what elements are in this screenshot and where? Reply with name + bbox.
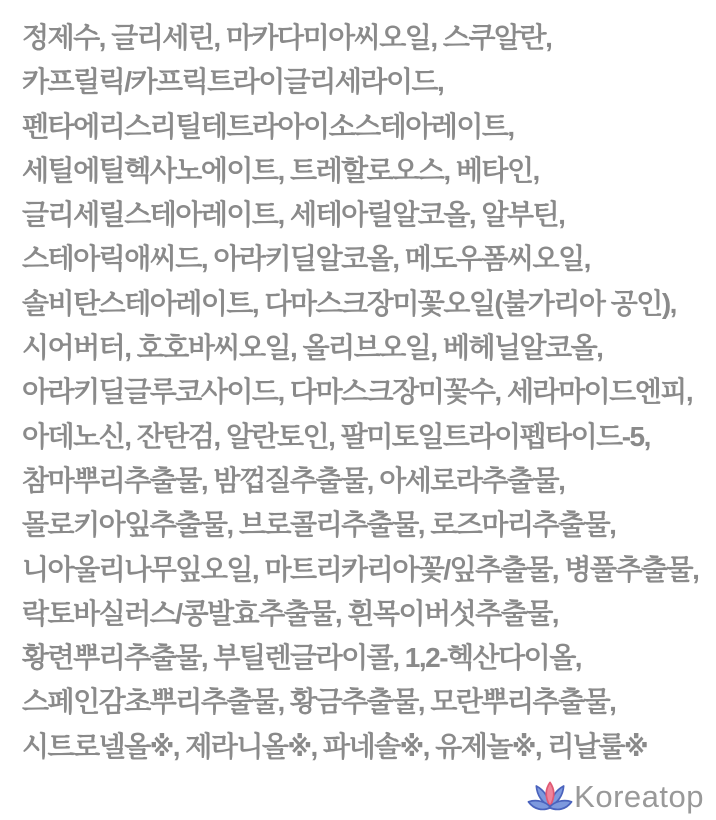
ingredient-line: 시트로넬올※, 제라니올※, 파네솔※, 유제놀※, 리날룰※ — [22, 725, 708, 769]
ingredient-line: 시어버터, 호호바씨오일, 올리브오일, 베헤닐알코올, — [22, 326, 708, 370]
ingredient-line: 니아울리나무잎오일, 마트리카리아꽃/잎추출물, 병풀추출물, — [22, 548, 708, 592]
ingredient-line: 아데노신, 잔탄검, 알란토인, 팔미토일트라이펩타이드-5, — [22, 415, 708, 459]
ingredient-list-page: 정제수, 글리세린, 마카다미아씨오일, 스쿠알란, 카프릴릭/카프릭트라이글리… — [0, 0, 716, 820]
ingredient-line: 참마뿌리추출물, 밤껍질추출물, 아세로라추출물, — [22, 459, 708, 503]
brand-name: Koreatop — [574, 779, 704, 815]
ingredient-line: 스페인감초뿌리추출물, 황금추출물, 모란뿌리추출물, — [22, 680, 708, 724]
ingredient-list: 정제수, 글리세린, 마카다미아씨오일, 스쿠알란, 카프릴릭/카프릭트라이글리… — [22, 16, 708, 769]
ingredient-line: 몰로키아잎추출물, 브로콜리추출물, 로즈마리추출물, — [22, 503, 708, 547]
ingredient-line: 펜타에리스리틸테트라아이소스테아레이트, — [22, 105, 708, 149]
koreatop-watermark: Koreatop — [527, 779, 704, 815]
ingredient-line: 락토바실러스/콩발효추출물, 흰목이버섯추출물, — [22, 592, 708, 636]
ingredient-line: 솔비탄스테아레이트, 다마스크장미꽃오일(불가리아 공인), — [22, 282, 708, 326]
ingredient-line: 스테아릭애씨드, 아라키딜알코올, 메도우폼씨오일, — [22, 237, 708, 281]
ingredient-line: 황련뿌리추출물, 부틸렌글라이콜, 1,2-헥산다이올, — [22, 636, 708, 680]
lotus-petal-center — [546, 782, 554, 806]
ingredient-line: 세틸에틸헥사노에이트, 트레할로오스, 베타인, — [22, 149, 708, 193]
ingredient-line: 정제수, 글리세린, 마카다미아씨오일, 스쿠알란, — [22, 16, 708, 60]
ingredient-line: 아라키딜글루코사이드, 다마스크장미꽃수, 세라마이드엔피, — [22, 370, 708, 414]
ingredient-line: 글리세릴스테아레이트, 세테아릴알코올, 알부틴, — [22, 193, 708, 237]
lotus-icon — [527, 780, 573, 815]
ingredient-line: 카프릴릭/카프릭트라이글리세라이드, — [22, 60, 708, 104]
